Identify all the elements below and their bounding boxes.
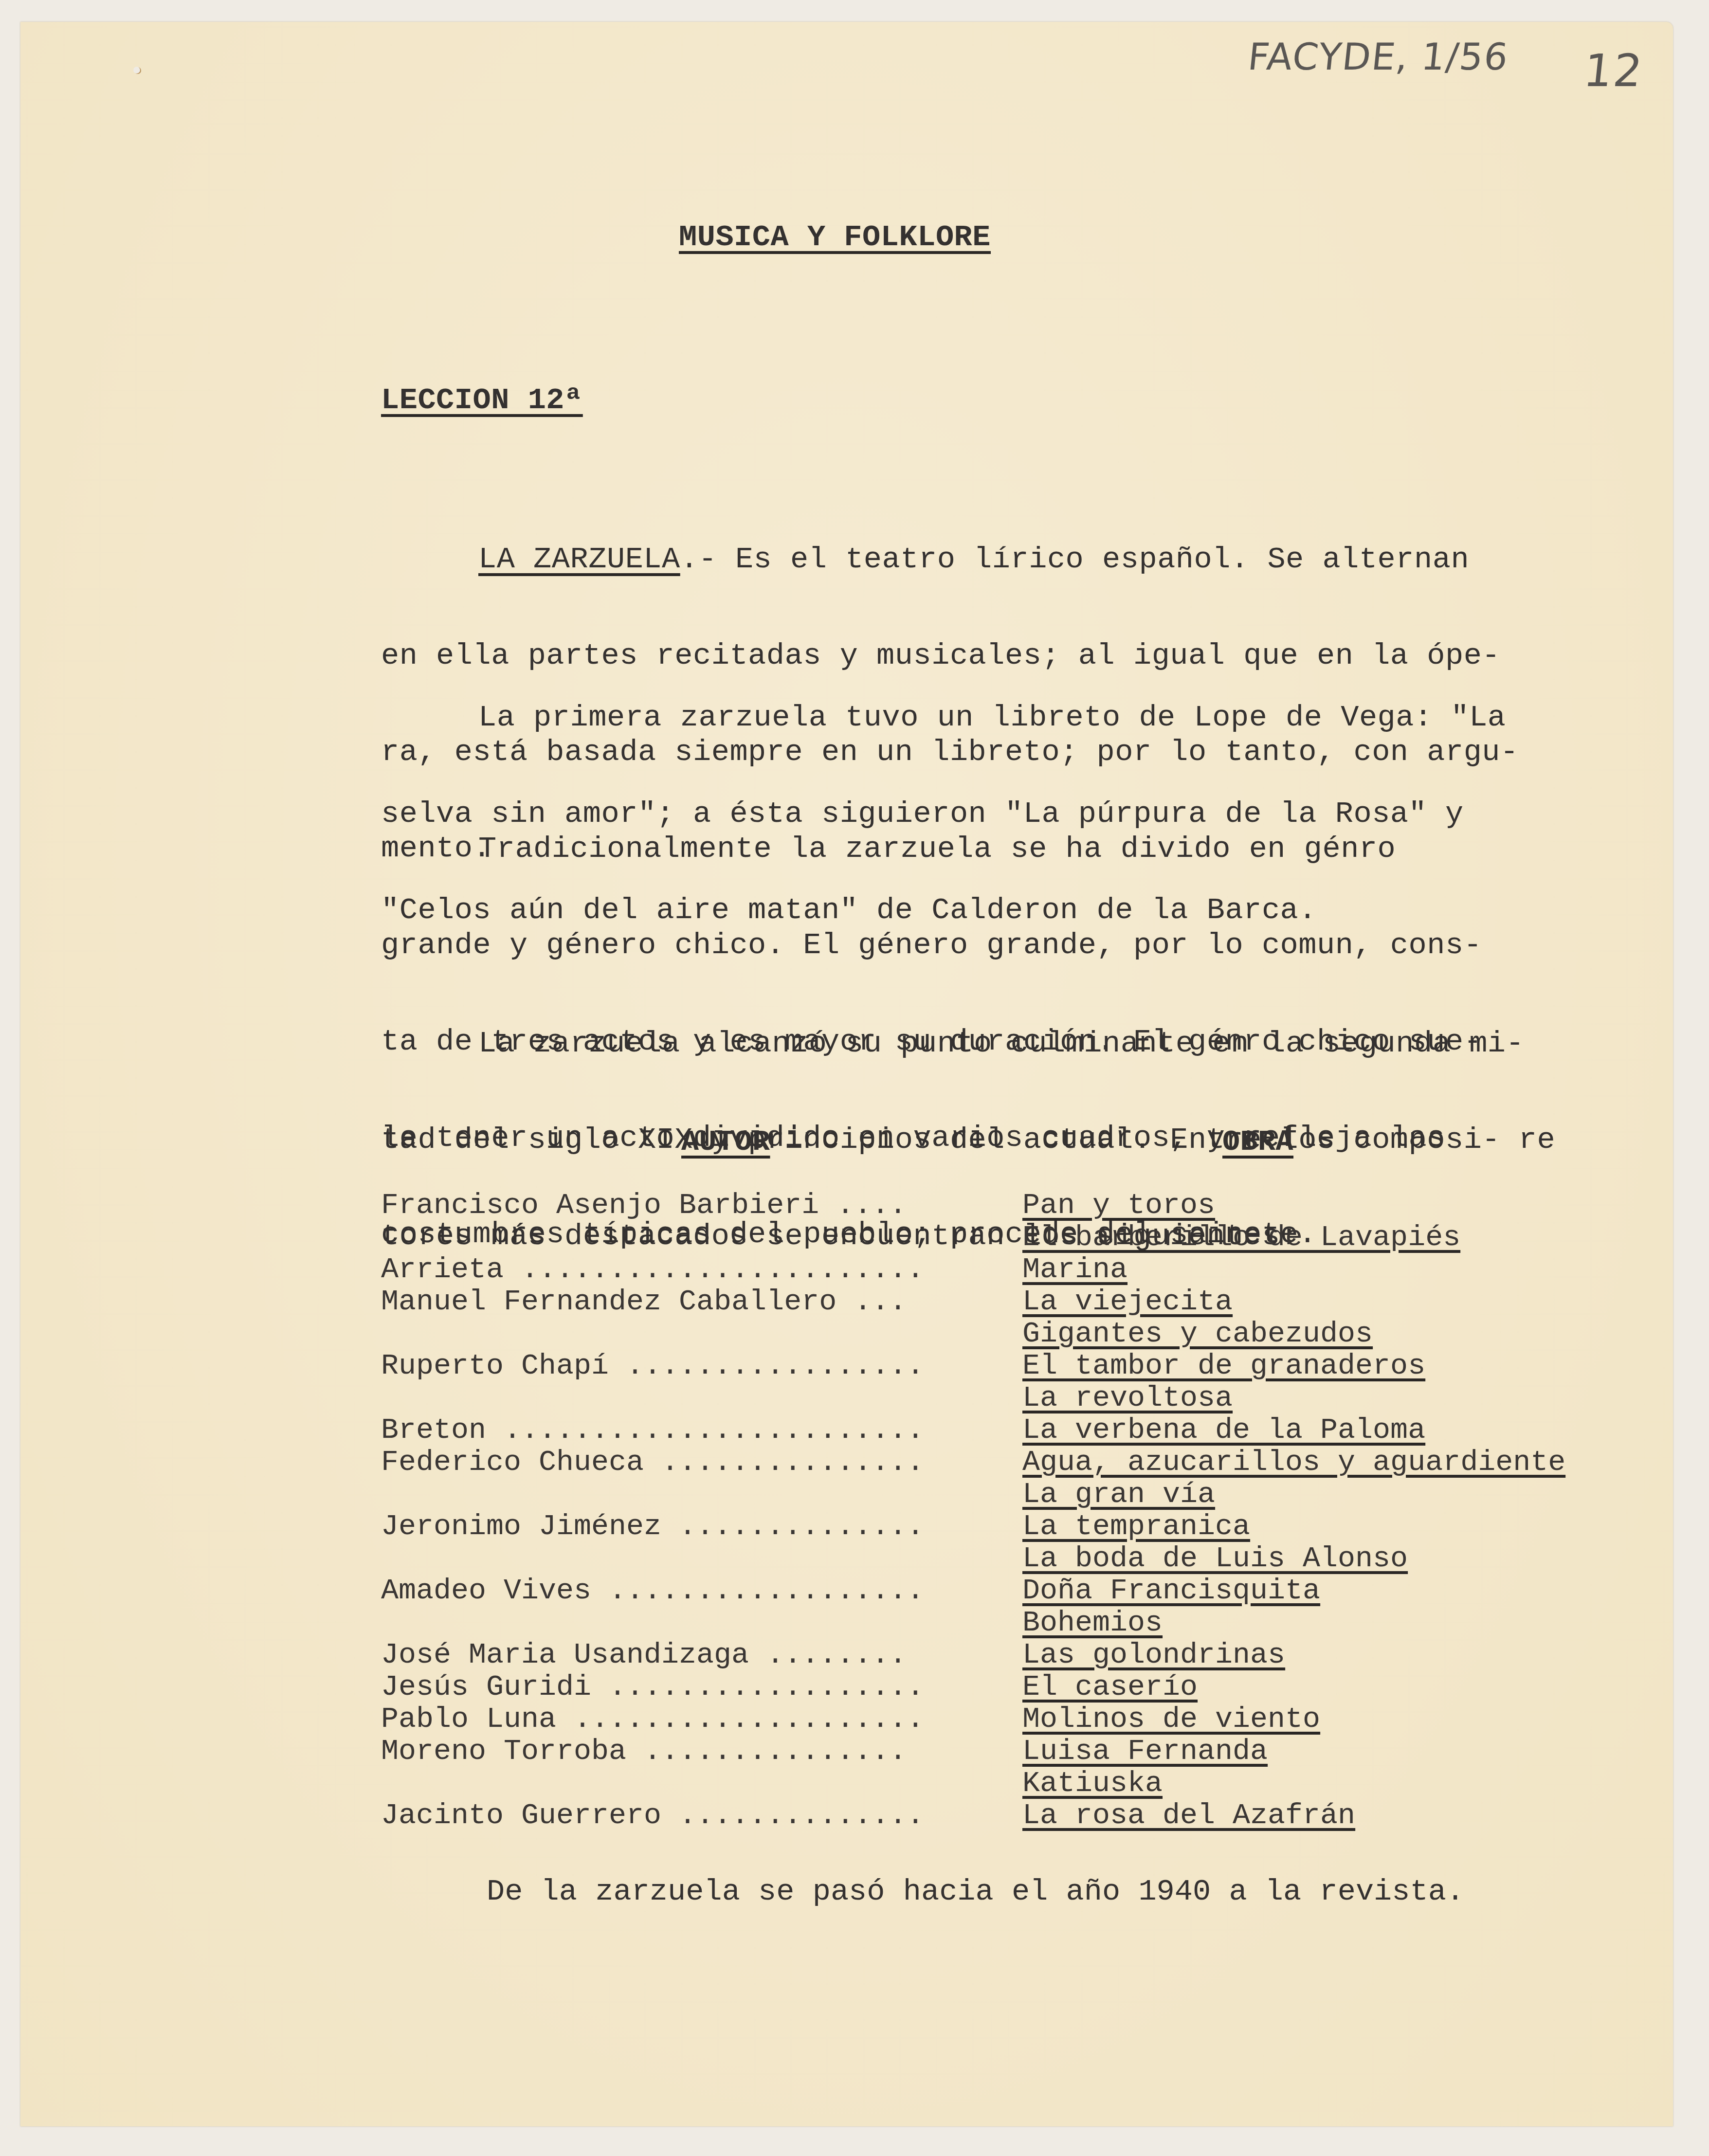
paragraph-line: La primera zarzuela tuvo un libreto de L…	[381, 702, 1506, 734]
term-underlined: LA ZARZUELA	[478, 542, 680, 577]
closing-sentence: De la zarzuela se pasó hacia el año 1940…	[487, 1876, 1464, 1908]
composer-name: José Maria Usandizaga ........	[381, 1639, 987, 1671]
work-title: El caserío	[1022, 1671, 1198, 1703]
composer-name: Amadeo Vives ..................	[381, 1575, 987, 1607]
work-title: La revoltosa	[1022, 1382, 1233, 1414]
work-title: Agua, azucarillos y aguardiente	[1022, 1447, 1565, 1479]
composer-name: Jeronimo Jiménez ..............	[381, 1511, 987, 1543]
composer-name: Pablo Luna ....................	[381, 1703, 987, 1736]
work-title: Bohemios	[1022, 1607, 1163, 1639]
composer-name: Manuel Fernandez Caballero ...	[381, 1286, 987, 1318]
work-title: La gran vía	[1022, 1479, 1215, 1511]
work-title: Luisa Fernanda	[1022, 1736, 1268, 1768]
paragraph-line: tad del siglo XIX y principios del actua…	[381, 1124, 1555, 1156]
archive-reference-handwritten: FACYDE, 1/56	[1246, 35, 1510, 78]
paragraph-line: La zarzuela alcanzó su punto culminante …	[381, 1028, 1555, 1060]
paragraph-line: Tradicionalmente la zarzuela se ha divid…	[381, 833, 1482, 865]
paragraph-line-rest: .- Es el teatro lírico español. Se alter…	[680, 542, 1469, 577]
composer-name: Arrieta .......................	[381, 1254, 987, 1286]
work-title: Doña Francisquita	[1022, 1575, 1320, 1607]
composer-name: Francisco Asenjo Barbieri ....	[381, 1190, 987, 1222]
work-title: La viejecita	[1022, 1286, 1233, 1318]
page-number-handwritten: 12	[1581, 45, 1645, 97]
composer-name: Federico Chueca ...............	[381, 1447, 987, 1479]
work-title: La rosa del Azafrán	[1022, 1800, 1355, 1832]
work-title: Molinos de viento	[1022, 1703, 1320, 1736]
work-title: Pan y toros	[1022, 1190, 1215, 1222]
paragraph-line: LA ZARZUELA.- Es el teatro lírico españo…	[381, 544, 1519, 576]
work-title: Katiuska	[1022, 1768, 1163, 1800]
composer-name: Breton ........................	[381, 1414, 987, 1447]
composer-name: Jesús Guridi ..................	[381, 1671, 987, 1703]
composer-name: Moreno Torroba ...............	[381, 1736, 987, 1768]
work-title: Gigantes y cabezudos	[1022, 1318, 1373, 1350]
lesson-heading: LECCION 12ª	[381, 384, 583, 417]
work-title: Las golondrinas	[1022, 1639, 1285, 1671]
column-header-author: AUTOR	[681, 1126, 770, 1159]
work-title: Marina	[1022, 1254, 1127, 1286]
work-title: El tambor de granaderos	[1022, 1350, 1425, 1382]
punch-hole	[133, 67, 140, 73]
work-title: El barberillo de Lavapiés	[1022, 1222, 1460, 1254]
work-title: La tempranica	[1022, 1511, 1250, 1543]
composer-name: Ruperto Chapí .................	[381, 1350, 987, 1382]
work-title: La verbena de la Paloma	[1022, 1414, 1425, 1447]
paragraph-line: grande y género chico. El género grande,…	[381, 929, 1482, 961]
composer-name: Jacinto Guerrero ..............	[381, 1800, 987, 1832]
document-title: MUSICA Y FOLKLORE	[679, 221, 991, 254]
column-header-work: OBRA	[1222, 1126, 1293, 1159]
work-title: La boda de Luis Alonso	[1022, 1543, 1408, 1575]
